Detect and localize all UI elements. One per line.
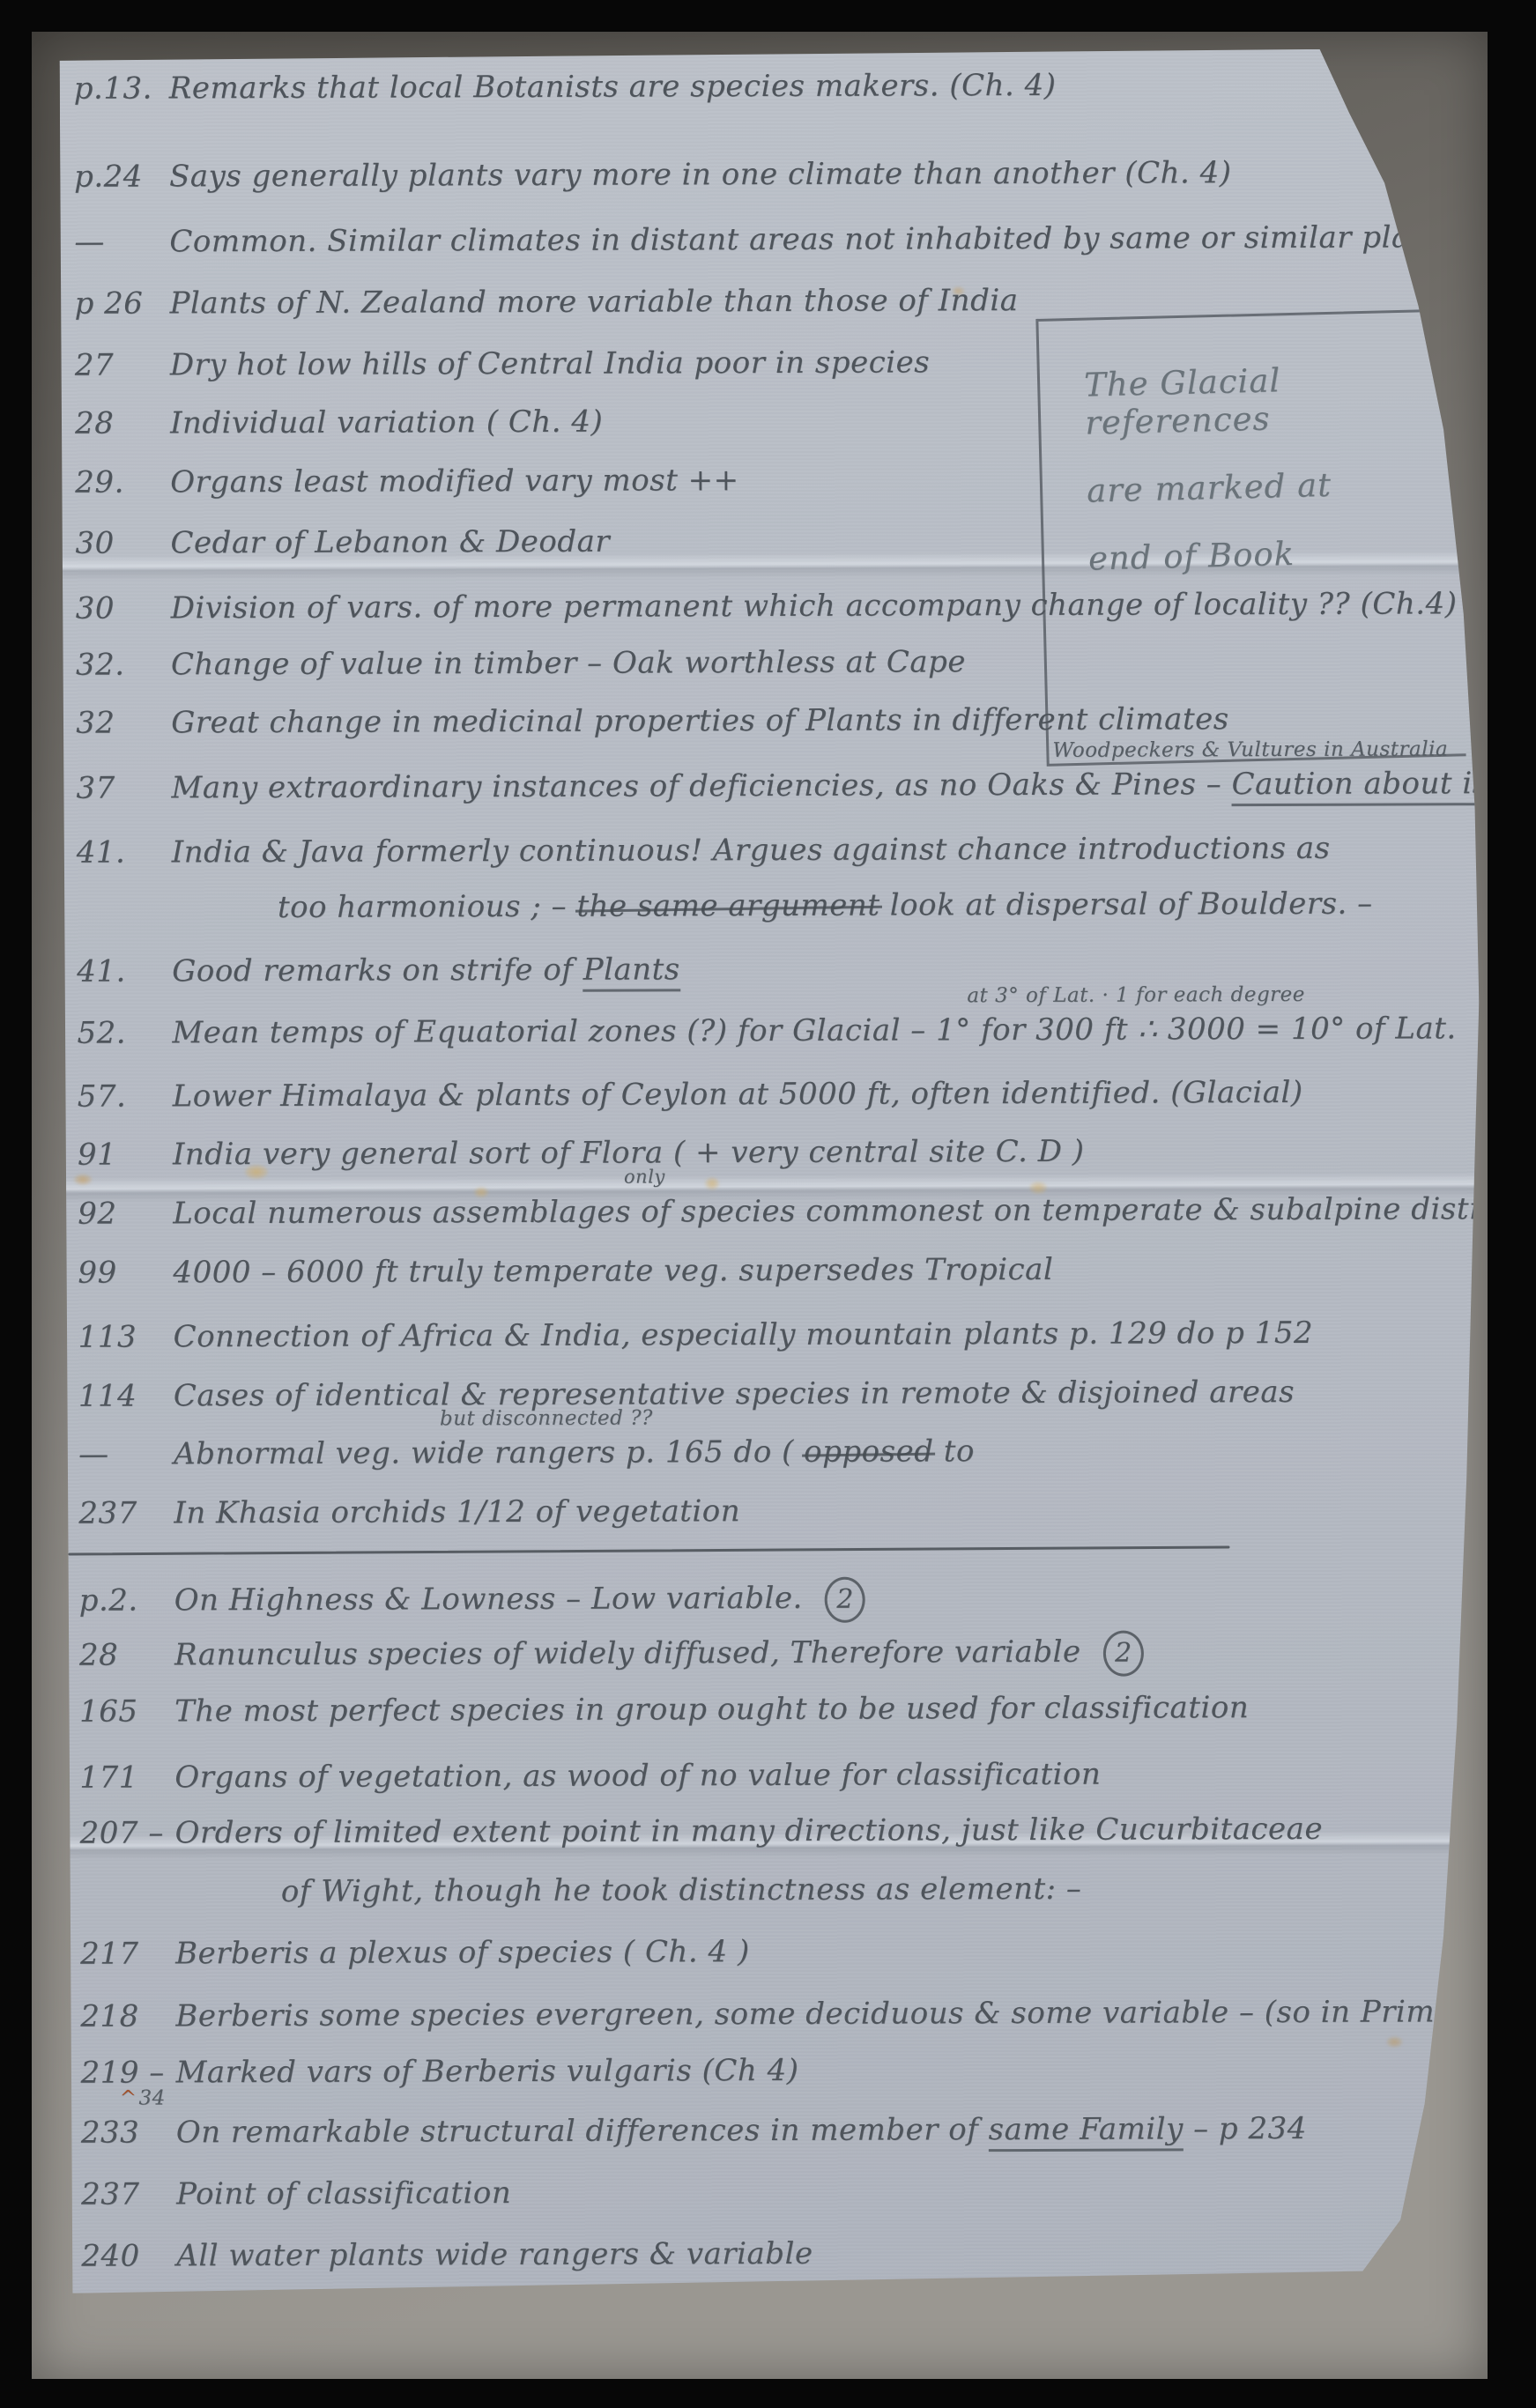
line-text: 4000 – 6000 ft truly temperate veg. supe… [173,1252,1053,1290]
line-page-number: 217 [80,1936,175,1971]
manuscript-line: 233^34On remarkable structural differenc… [81,2110,1465,2150]
manuscript-line: 30Cedar of Lebanon & Deodar [75,521,1458,560]
line-text: Change of value in timber – Oak worthles… [171,644,966,682]
manuscript-line: of Wight, though he took distinctness as… [80,1870,1464,1909]
insertion-caret: ^ [120,2087,137,2110]
line-text-segment: In Khasia orchids 1/12 of vegetation [174,1493,740,1530]
manuscript-paper: The Glacial references are marked at end… [60,48,1487,2296]
line-text-segment: 4000 – 6000 ft truly temperate veg. supe… [173,1252,1053,1290]
line-text-segment: Abnormal veg. wide rangers p. 165 do ( [174,1434,804,1471]
line-text: Cases of identical & representative spec… [174,1374,1295,1413]
line-text-segment: Good remarks on strife of [172,952,583,989]
line-page-number: p 26 [74,285,169,321]
line-text: Great change in medicinal properties of … [171,701,1229,740]
line-text: In Khasia orchids 1/12 of vegetation [174,1493,740,1530]
manuscript-line: p.24Says generally plants vary more in o… [74,154,1458,194]
line-text: ^34On remarkable structural differences … [176,2111,1307,2150]
line-text-segment: Orders of limited extent point in many d… [175,1812,1324,1851]
line-text-segment: India & Java formerly continuous! Argues… [172,831,1331,871]
line-text-segment: Change of value in timber – Oak worthles… [171,644,966,682]
manuscript-line: 91India very general sort of Flora ( + v… [78,1132,1461,1172]
manuscript-line: —but disconnected ??Abnormal veg. wide r… [78,1432,1462,1471]
line-page-number: p.24 [74,159,169,194]
manuscript-line: 57.Lower Himalaya & plants of Ceylon at … [78,1074,1461,1114]
line-text: India & Java formerly continuous! Argues… [172,831,1331,871]
line-page-number: — [74,224,169,259]
line-page-number: 52. [77,1015,172,1050]
interlinear-note: ^34 [120,2086,166,2109]
line-text-segment: On remarkable structural differences in … [176,2112,989,2150]
foxing-spot [1386,2037,1402,2048]
line-text: Marked vars of Berberis vulgaris (Ch 4) [175,2053,798,2090]
line-text-segment: All water plants wide rangers & variable [176,2236,813,2274]
line-text-segment: Connection of Africa & India, especially… [174,1315,1314,1355]
line-page-number: p.13. [74,70,169,106]
manuscript-line: 165The most perfect species in group oug… [79,1689,1463,1729]
line-page-number: 37 [76,770,171,805]
line-text-segment: Mean temps of Equatorial zones (?) for G… [172,1011,1456,1050]
interlinear-note-text: only [624,1166,665,1187]
line-page-number: 114 [78,1378,174,1413]
foxing-spot [74,1174,92,1185]
line-text: The most perfect species in group ought … [174,1690,1249,1729]
line-text: Cedar of Lebanon & Deodar [170,524,610,561]
line-text-segment: Plants of N. Zealand more variable than … [169,283,1018,321]
line-text-segment: Division of vars. of more permanent whic… [171,586,1458,626]
line-page-number: 218 [80,1998,175,2034]
line-text: Remarks that local Botanists are species… [169,68,1057,107]
line-text-segment: commonest on temperate & subalpine distr… [796,1191,1536,1229]
line-text: Orders of limited extent point in many d… [175,1812,1324,1851]
line-page-number: 113 [78,1319,174,1354]
underlined-text: Plants [583,952,680,991]
line-page-number: 171 [79,1760,174,1795]
line-text: Berberis some species evergreen, some de… [175,1993,1536,2034]
underlined-text: same Family [989,2111,1184,2152]
manuscript-line: 237Point of classification [81,2172,1465,2212]
line-text: On Highness & Lowness – Low variable. 2 [174,1581,866,1619]
manuscript-line: 52.at 3° of Lat. · 1 for each degreeMean… [77,1011,1460,1050]
line-text-segment: – p 234 [1184,2111,1307,2146]
interlinear-note: but disconnected ?? [440,1406,653,1430]
line-page-number: 32 [76,705,171,740]
circled-number: 2 [825,1577,865,1623]
line-text-segment: Berberis some species evergreen, some de… [175,1993,1536,2034]
line-text-segment: Remarks that local Botanists are species… [169,68,1057,107]
line-text-segment: to [933,1434,975,1469]
manuscript-line: 207 –Orders of limited extent point in m… [80,1811,1464,1850]
line-page-number: 32. [76,647,171,682]
manuscript-line: 37Woodpeckers & Vultures in AustraliaMan… [76,766,1459,805]
line-text-segment: Cedar of Lebanon & Deodar [170,524,610,561]
manuscript-line: 32Great change in medicinal properties o… [76,700,1459,740]
line-text-segment: Marked vars of Berberis vulgaris (Ch 4) [175,2053,798,2090]
manuscript-line: 28Individual variation ( Ch. 4) [75,401,1458,441]
line-text: Dry hot low hills of Central India poor … [170,345,931,382]
interlinear-note-text: Woodpeckers & Vultures in Australia [1052,737,1448,762]
line-text: Says generally plants vary more in one c… [169,155,1232,194]
manuscript-line: 28Ranunculus species of widely diffused,… [79,1629,1463,1679]
line-text: Berberis a plexus of species ( Ch. 4 ) [175,1934,750,1971]
section-rule [69,1545,1230,1555]
line-text-segment: Point of classification [176,2175,511,2212]
line-text-segment: Local numerous assemblages of species [173,1194,796,1231]
line-text: Lower Himalaya & plants of Ceylon at 500… [173,1075,1303,1114]
interlinear-note: at 3° of Lat. · 1 for each degree [967,983,1305,1007]
manuscript-line: 171Organs of vegetation, as wood of no v… [79,1755,1463,1795]
line-text-segment: Ranunculus species of widely diffused, T… [174,1634,1091,1673]
line-text: Common. Similar climates in distant area… [169,219,1458,259]
manuscript-line: 114Cases of identical & representative s… [78,1374,1462,1413]
line-text: Connection of Africa & India, especially… [174,1315,1314,1355]
line-page-number: 233 [81,2115,176,2150]
line-text-segment: The most perfect species in group ought … [174,1690,1249,1729]
manuscript-line: 217Berberis a plexus of species ( Ch. 4 … [80,1931,1464,1971]
line-text: Organs of vegetation, as wood of no valu… [174,1757,1101,1796]
line-page-number: 41. [77,953,172,989]
line-page-number: 27 [75,347,170,382]
manuscript-line: 29.Organs least modified vary most ++ [75,460,1458,500]
struck-text: the same argument [576,888,879,924]
line-text-segment: look at dispersal of Boulders. – [879,886,1372,923]
line-text: Point of classification [176,2175,511,2212]
line-text-segment: Lower Himalaya & plants of Ceylon at 500… [173,1075,1303,1114]
manuscript-line: 32.Change of value in timber – Oak worth… [76,642,1459,682]
line-text-segment: Dry hot low hills of Central India poor … [170,345,931,382]
interlinear-note-text: 34 [138,2086,165,2109]
line-text-segment: Cases of identical & representative spec… [174,1374,1295,1413]
line-text-segment: Great change in medicinal properties of … [171,701,1229,740]
line-page-number: p.2. [79,1582,174,1618]
manuscript-line: 113Connection of Africa & India, especia… [78,1315,1462,1354]
line-text: onlyLocal numerous assemblages of specie… [173,1191,1536,1231]
line-text: Organs least modified vary most ++ [170,463,738,500]
line-text: Individual variation ( Ch. 4) [170,404,603,441]
line-page-number: 237 [81,2176,176,2212]
line-text-segment: Berberis a plexus of species ( Ch. 4 ) [175,1934,750,1971]
line-text-segment: On Highness & Lowness – Low variable. [174,1581,813,1619]
line-page-number: 99 [78,1255,173,1290]
line-text-segment: Organs least modified vary most ++ [170,463,738,500]
manuscript-line: p 26Plants of N. Zealand more variable t… [74,281,1458,321]
manuscript-line: p.13.Remarks that local Botanists are sp… [74,66,1458,106]
manuscript-line: 27Dry hot low hills of Central India poo… [75,343,1458,382]
line-text-segment: too harmonious ; – [278,889,577,925]
line-text: too harmonious ; – the same argument loo… [172,886,1373,926]
line-page-number: 237 [78,1495,174,1530]
underlined-text: Caution about islands. [1232,766,1536,806]
line-text: Division of vars. of more permanent whic… [171,586,1458,626]
line-text: at 3° of Lat. · 1 for each degreeMean te… [172,1011,1456,1050]
line-text-segment: Individual variation ( Ch. 4) [170,404,603,441]
foxing-spot [705,1177,719,1189]
struck-text: opposed [804,1434,933,1470]
manuscript-line: 30Division of vars. of more permanent wh… [76,586,1459,626]
manuscript-line: 237In Khasia orchids 1/12 of vegetation [78,1491,1462,1530]
line-page-number: 30 [75,525,170,560]
manuscript-line: too harmonious ; – the same argument loo… [77,885,1460,925]
line-page-number: 219 – [80,2055,175,2090]
line-page-number: 29. [75,464,170,500]
scan-background: The Glacial references are marked at end… [0,0,1536,2408]
interlinear-note: Woodpeckers & Vultures in Australia [1052,737,1448,762]
line-text: but disconnected ??Abnormal veg. wide ra… [174,1434,975,1471]
line-text: Woodpeckers & Vultures in AustraliaMany … [171,766,1536,806]
line-text: Ranunculus species of widely diffused, T… [174,1634,1144,1673]
line-page-number: 57. [78,1078,173,1114]
line-text-segment: Common. Similar climates in distant area… [169,219,1458,259]
line-page-number: 165 [79,1693,174,1729]
line-text-segment: Organs of vegetation, as wood of no valu… [174,1757,1101,1796]
line-page-number: 41. [77,834,172,870]
line-page-number: — [78,1436,174,1471]
line-text: All water plants wide rangers & variable [176,2236,813,2274]
manuscript-line: 994000 – 6000 ft truly temperate veg. su… [78,1250,1461,1290]
line-text: of Wight, though he took distinctness as… [175,1871,1082,1910]
manuscript-line: 92onlyLocal numerous assemblages of spec… [78,1191,1461,1231]
line-page-number: 207 – [80,1815,175,1850]
line-page-number: 92 [78,1196,173,1231]
foxing-spot [1029,1182,1047,1194]
interlinear-note-text: at 3° of Lat. · 1 for each degree [967,983,1305,1007]
manuscript-line: 41.India & Java formerly continuous! Arg… [77,830,1460,870]
manuscript-line: —Common. Similar climates in distant are… [74,219,1458,259]
line-page-number: 28 [75,405,170,441]
line-text-segment: Says generally plants vary more in one c… [169,155,1232,194]
line-text: Good remarks on strife of Plants [172,952,680,989]
manuscript-line: p.2.On Highness & Lowness – Low variable… [79,1574,1463,1625]
manuscript-line: 219 –Marked vars of Berberis vulgaris (C… [80,2050,1464,2090]
interlinear-note-text: but disconnected ?? [440,1406,653,1430]
interlinear-note: only [624,1166,665,1187]
line-page-number: 91 [78,1137,173,1172]
line-page-number: 30 [76,590,171,626]
line-page-number: 240 [81,2238,176,2273]
line-text-segment: of Wight, though he took distinctness as… [281,1871,1082,1909]
line-text: Plants of N. Zealand more variable than … [169,283,1018,321]
manuscript-line: 218Berberis some species evergreen, some… [80,1990,1464,2041]
manuscript-line: 240All water plants wide rangers & varia… [81,2234,1465,2273]
line-page-number: 28 [79,1637,174,1672]
circled-number: 2 [1103,1631,1144,1677]
line-text-segment: Many extraordinary instances of deficien… [171,767,1231,805]
